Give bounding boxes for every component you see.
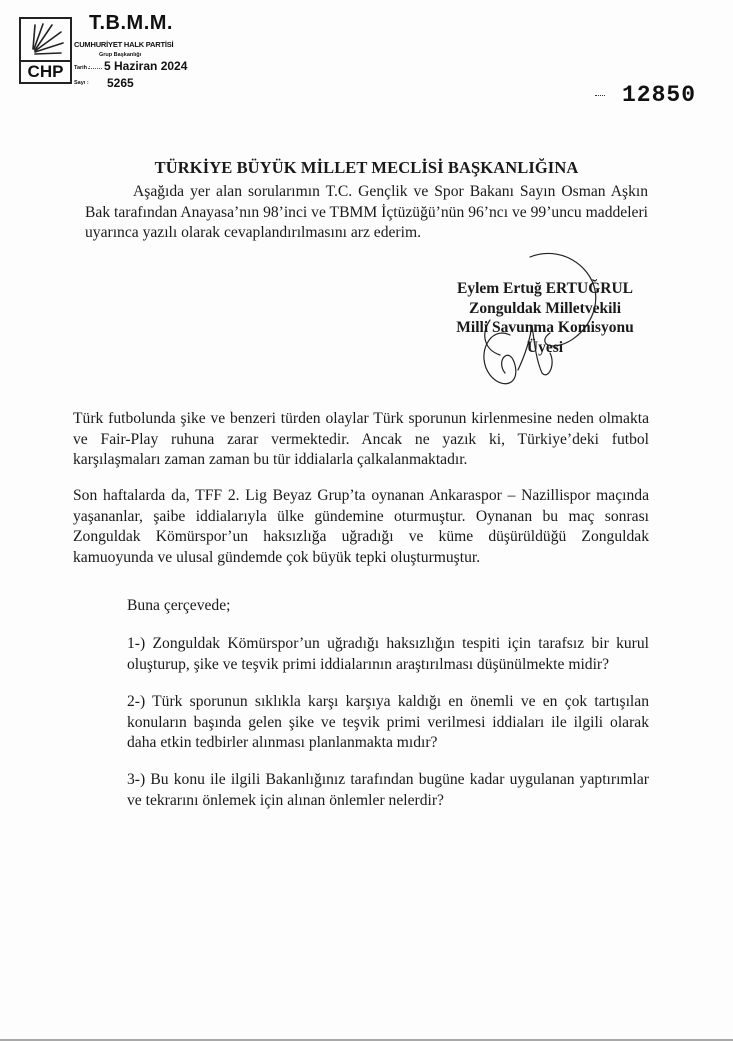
logo-label: CHP bbox=[21, 62, 70, 82]
signatory-name: Eylem Ertuğ ERTUĞRUL bbox=[440, 279, 650, 299]
chp-logo: CHP bbox=[19, 17, 72, 84]
intro-paragraph: Aşağıda yer alan sorularımın T.C. Gençli… bbox=[85, 182, 648, 244]
registry-number: 12850 bbox=[622, 82, 696, 108]
registry-dash bbox=[595, 95, 605, 96]
body-paragraph-1: Türk futbolunda şike ve benzeri türden o… bbox=[73, 409, 649, 471]
chp-six-arrows-icon bbox=[21, 19, 70, 59]
signatory-title-2: Milli Savunma Komisyonu bbox=[440, 318, 650, 338]
stamp-number-label: Sayı : bbox=[74, 80, 89, 86]
signatory-title-3: Üyesi bbox=[440, 338, 650, 358]
stamp-institution: T.B.M.M. bbox=[89, 12, 173, 35]
body-paragraph-2: Son haftalarda da, TFF 2. Lig Beyaz Grup… bbox=[73, 486, 649, 568]
stamp-unit: Grup Başkanlığı bbox=[99, 52, 141, 58]
questions-lead-in: Buna çerçevede; bbox=[127, 597, 230, 615]
document-title: TÜRKİYE BÜYÜK MİLLET MECLİSİ BAŞKANLIĞIN… bbox=[0, 158, 733, 178]
question-3: 3-) Bu konu ile ilgili Bakanlığınız tara… bbox=[127, 770, 649, 811]
signatory-title-1: Zonguldak Milletvekili bbox=[440, 299, 650, 319]
question-1: 1-) Zonguldak Kömürspor’un uğradığı haks… bbox=[127, 634, 649, 675]
stamp-date-value: 5 Haziran 2024 bbox=[104, 59, 187, 73]
stamp-date-dots bbox=[88, 68, 102, 69]
signatory-block: Eylem Ertuğ ERTUĞRUL Zonguldak Milletvek… bbox=[440, 279, 650, 357]
stamp-number-value: 5265 bbox=[107, 76, 134, 90]
stamp-party: CUMHURİYET HALK PARTİSİ bbox=[74, 40, 173, 49]
question-2: 2-) Türk sporunun sıklıkla karşı karşıya… bbox=[127, 692, 649, 754]
